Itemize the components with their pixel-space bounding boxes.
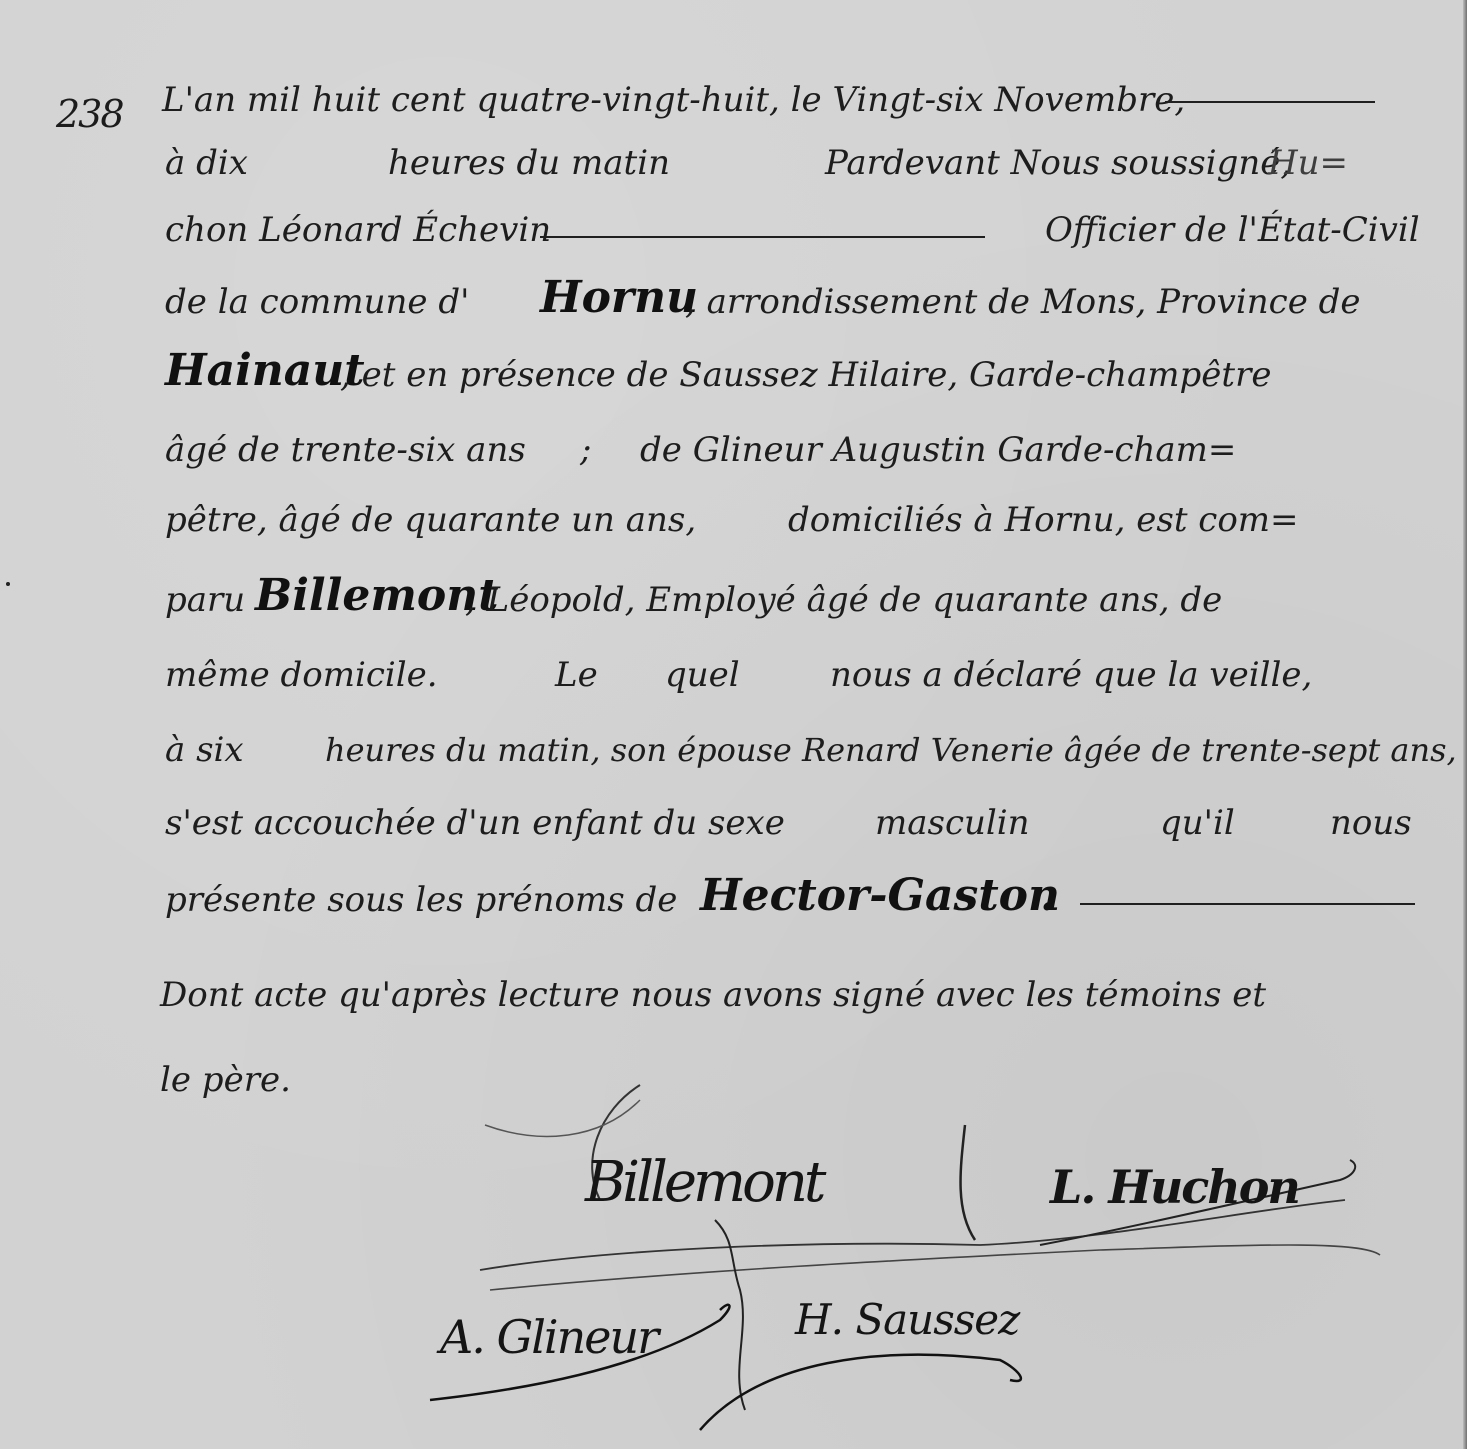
- province-name: Hainaut: [165, 341, 365, 401]
- entry-text: de la commune d': [165, 272, 469, 332]
- act-number: 238: [56, 92, 123, 136]
- entry-text: L'an mil huit cent quatre-vingt-huit, le…: [162, 70, 1185, 130]
- entry-text: âgé de trente-six ans: [165, 420, 526, 480]
- entry-text: de Glineur Augustin Garde-cham=: [640, 420, 1236, 480]
- entry-text: heures du matin: [388, 133, 670, 193]
- entry-line-3: chon Léonard Échevin Officier de l'État-…: [160, 200, 1420, 260]
- entry-text: s'est accouchée d'un enfant du sexe: [165, 793, 785, 853]
- entry-text: Le: [555, 645, 598, 705]
- entry-text: nous a déclaré que la veille,: [830, 645, 1312, 705]
- entry-line-10: à six heures du matin, son épouse Renard…: [160, 720, 1420, 780]
- entry-text: présente sous les prénoms de: [165, 870, 677, 930]
- ink-speck: [6, 582, 10, 586]
- child-given-names: Hector-Gaston: [700, 866, 1060, 926]
- entry-line-5: Hainaut , et en présence de Saussez Hila…: [160, 345, 1420, 405]
- entry-text: quel: [665, 645, 740, 705]
- entry-line-8: paru Billemont , Léopold, Employé âgé de…: [160, 570, 1420, 630]
- entry-text: pêtre, âgé de quarante un ans,: [165, 490, 696, 550]
- entry-text: , Léopold, Employé âgé de quarante ans, …: [465, 570, 1222, 630]
- entry-text: masculin: [875, 793, 1030, 853]
- closing-line-1: Dont acte qu'après lecture nous avons si…: [160, 965, 1420, 1025]
- entry-text: ;: [580, 420, 591, 480]
- signature-officer: L. Huchon: [1050, 1160, 1299, 1214]
- closing-line-2: le père.: [160, 1050, 1420, 1110]
- filler-rule: [1080, 903, 1415, 905]
- entry-line-11: s'est accouchée d'un enfant du sexe masc…: [160, 793, 1420, 853]
- entry-line-6: âgé de trente-six ans ; de Glineur Augus…: [160, 420, 1420, 480]
- entry-text: Pardevant Nous soussigné,: [825, 133, 1291, 193]
- entry-line-7: pêtre, âgé de quarante un ans, domicilié…: [160, 490, 1420, 550]
- entry-line-9: même domicile. Le quel nous a déclaré qu…: [160, 645, 1420, 705]
- entry-line-2: à dix heures du matin Pardevant Nous sou…: [160, 133, 1420, 193]
- entry-text: même domicile.: [165, 645, 438, 705]
- entry-line-4: de la commune d' Hornu , arrondissement …: [160, 272, 1420, 332]
- signature-witness-saussez: H. Saussez: [795, 1295, 1019, 1344]
- officer-name-part: Hu=: [1268, 133, 1348, 193]
- entry-text: , arrondissement de Mons, Province de: [685, 272, 1361, 332]
- page-edge-shadow: [1463, 0, 1467, 1449]
- officer-title: Officier de l'État-Civil: [1045, 200, 1420, 260]
- entry-line-12: présente sous les prénoms de Hector-Gast…: [160, 870, 1420, 930]
- entry-text: heures du matin, son épouse Renard Vener…: [325, 720, 1457, 780]
- officer-name: chon Léonard Échevin: [165, 200, 551, 260]
- entry-text: paru: [165, 570, 245, 630]
- closing-text: Dont acte qu'après lecture nous avons si…: [160, 965, 1266, 1025]
- signature-witness-glineur: A. Glineur: [440, 1310, 657, 1364]
- filler-rule: [1165, 101, 1375, 103]
- entry-text: , et en présence de Saussez Hilaire, Gar…: [340, 345, 1271, 405]
- closing-text: le père.: [160, 1050, 291, 1110]
- entry-text: nous: [1330, 793, 1412, 853]
- entry-text: à dix: [165, 133, 248, 193]
- signature-father: Billemont: [585, 1150, 822, 1215]
- entry-text: qu'il: [1160, 793, 1235, 853]
- filler-rule: [540, 236, 985, 238]
- father-surname: Billemont: [255, 566, 499, 626]
- register-page: 238 L'an mil huit cent quatre-vingt-huit…: [0, 0, 1467, 1449]
- commune-name: Hornu: [540, 268, 698, 328]
- entry-text: à six: [165, 720, 244, 780]
- entry-line-1: L'an mil huit cent quatre-vingt-huit, le…: [160, 70, 1420, 130]
- entry-text: domiciliés à Hornu, est com=: [788, 490, 1299, 550]
- entry-text: .: [1040, 866, 1055, 926]
